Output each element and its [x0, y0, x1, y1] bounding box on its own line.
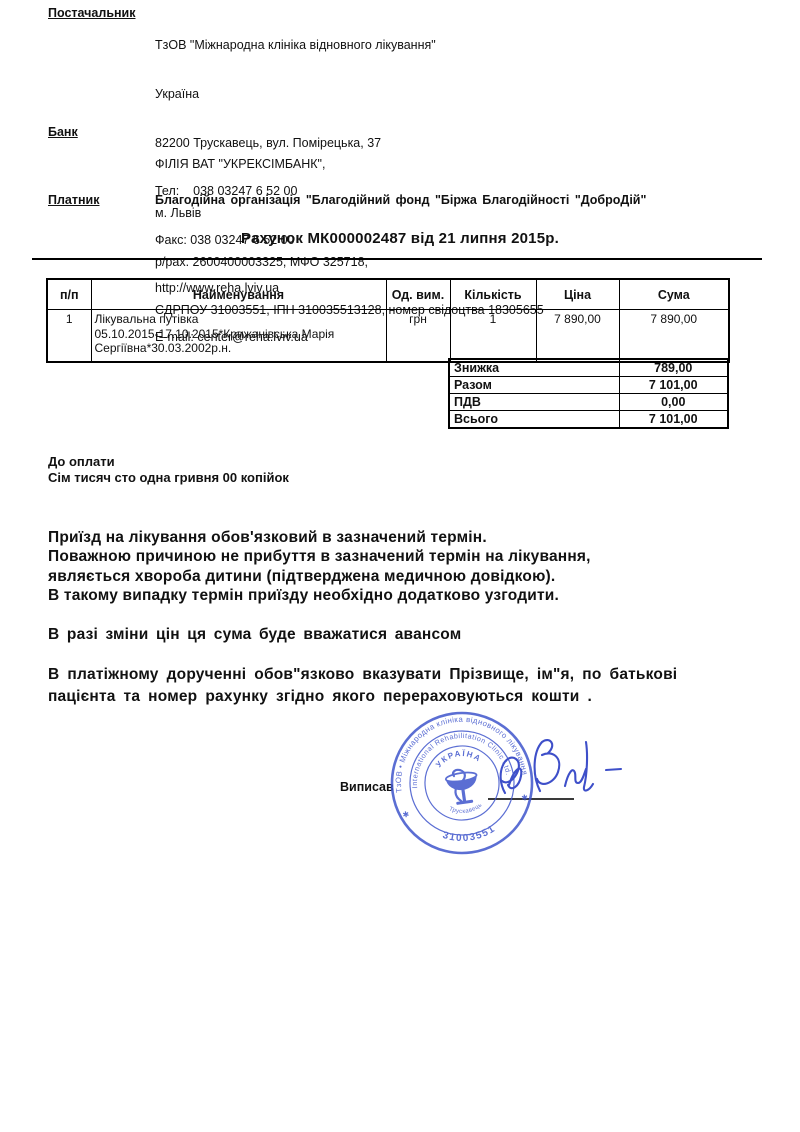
- col-header-qty: Кількість: [450, 279, 536, 310]
- vat-value: 0,00: [619, 394, 728, 411]
- invoice-document: Постачальник ТзОВ "Міжнародна клініка ві…: [0, 0, 800, 1132]
- subtotal-label: Разом: [449, 377, 619, 394]
- stamp-outer-ring: [386, 707, 538, 859]
- advance-note: В разі зміни цін ця сума буде вважатися …: [48, 626, 461, 644]
- item-name-line2: 05.10.2015-17.10.2015*Крижанівська Марія…: [95, 327, 383, 356]
- stamp-code-text: 31003551: [440, 823, 499, 848]
- payment-order-note: В платіжному дорученні обов"язково вказу…: [48, 664, 748, 708]
- svg-text:31003551: 31003551: [440, 823, 499, 848]
- clinic-stamp: ТзОВ • Міжнародна клініка відновного лік…: [386, 707, 538, 859]
- title-divider: [32, 258, 762, 260]
- arrival-note-line1: Приїзд на лікування обов'язковий в зазна…: [48, 528, 738, 547]
- col-header-num: п/п: [47, 279, 91, 310]
- items-header-row: п/п Найменування Од. вим. Кількість Ціна…: [47, 279, 729, 310]
- totals-table: Знижка 789,00 Разом 7 101,00 ПДВ 0,00 Вс…: [448, 358, 729, 429]
- total-row-subtotal: Разом 7 101,00: [449, 377, 728, 394]
- discount-label: Знижка: [449, 359, 619, 377]
- signature-line: [488, 798, 574, 800]
- total-row-vat: ПДВ 0,00: [449, 394, 728, 411]
- item-num: 1: [47, 310, 91, 363]
- discount-value: 789,00: [619, 359, 728, 377]
- amount-in-words: Сім тисяч сто одна гривня 00 копійок: [48, 470, 289, 487]
- arrival-note: Приїзд на лікування обов'язковий в зазна…: [48, 528, 738, 606]
- total-row-discount: Знижка 789,00: [449, 359, 728, 377]
- items-table: п/п Найменування Од. вим. Кількість Ціна…: [46, 278, 730, 363]
- bank-city: м. Львів: [155, 205, 544, 221]
- subtotal-value: 7 101,00: [619, 377, 728, 394]
- stamp-rings: [386, 707, 538, 859]
- item-price: 7 890,00: [536, 310, 619, 363]
- col-header-sum: Сума: [619, 279, 729, 310]
- signature-stroke-main: [535, 740, 560, 791]
- table-row: 1 Лікувальна путівка 05.10.2015-17.10.20…: [47, 310, 729, 363]
- grand-total-label: Всього: [449, 411, 619, 429]
- item-unit: грн: [386, 310, 450, 363]
- svg-text:International Rehabilitation C: International Rehabilitation Clinic Ltd.: [403, 724, 513, 789]
- vat-label: ПДВ: [449, 394, 619, 411]
- stamp-country-text: УКРАЇНА: [433, 746, 485, 770]
- issued-by-label: Виписав: [340, 780, 394, 794]
- grand-total-value: 7 101,00: [619, 411, 728, 429]
- payment-order-note-line2: пацієнта та номер рахунку згідно якого п…: [48, 686, 748, 708]
- payment-due-label: До оплати: [48, 454, 115, 471]
- arrival-note-line4: В такому випадку термін приїзду необхідн…: [48, 586, 738, 605]
- payment-order-note-line1: В платіжному дорученні обов"язково вказу…: [48, 664, 748, 686]
- bank-label: Банк: [48, 125, 78, 139]
- arrival-note-line2: Поважною причиною не прибуття в зазначен…: [48, 547, 738, 566]
- item-name-line1: Лікувальна путівка: [95, 312, 383, 327]
- payer-name: Благодійна організація "Благодійний фонд…: [155, 193, 755, 207]
- supplier-company: ТзОВ "Міжнародна клініка відновного ліку…: [155, 37, 436, 53]
- signature-stroke-tail: [565, 742, 593, 791]
- invoice-title: Рахунок МК000002487 від 21 липня 2015р.: [0, 230, 800, 247]
- bank-account: р/рах. 2600400003325, МФО 325718,: [155, 254, 544, 270]
- arrival-note-line3: являється хвороба дитини (підтверджена м…: [48, 567, 738, 586]
- svg-text:ТзОВ • Міжнародна клініка відн: ТзОВ • Міжнародна клініка відновного лік…: [386, 707, 530, 793]
- col-header-name: Найменування: [91, 279, 386, 310]
- item-qty: 1: [450, 310, 536, 363]
- supplier-label: Постачальник: [48, 6, 136, 20]
- stamp-inner-ring: [420, 741, 504, 825]
- payer-label: Платник: [48, 193, 100, 207]
- total-row-grand: Всього 7 101,00: [449, 411, 728, 429]
- svg-text:УКРАЇНА: УКРАЇНА: [433, 746, 485, 770]
- bank-name: ФІЛІЯ ВАТ "УКРЕКСІМБАНК",: [155, 156, 544, 172]
- signature-stroke-scribble: [501, 758, 522, 793]
- supplier-country: Україна: [155, 86, 436, 102]
- stamp-city-text: Трускавець: [447, 802, 484, 818]
- stamp-star-left: ✱: [402, 810, 410, 820]
- stamp-outer-text: ТзОВ • Міжнародна клініка відновного лік…: [386, 707, 530, 793]
- bowl-of-hygieia-icon: [445, 767, 481, 806]
- item-name: Лікувальна путівка 05.10.2015-17.10.2015…: [91, 310, 386, 363]
- svg-text:Трускавець: Трускавець: [447, 802, 484, 818]
- stamp-middle-ring: [403, 724, 520, 841]
- stamp-middle-text: International Rehabilitation Clinic Ltd.: [403, 724, 513, 789]
- col-header-unit: Од. вим.: [386, 279, 450, 310]
- col-header-price: Ціна: [536, 279, 619, 310]
- item-sum: 7 890,00: [619, 310, 729, 363]
- signature-stroke-dash: [606, 769, 621, 770]
